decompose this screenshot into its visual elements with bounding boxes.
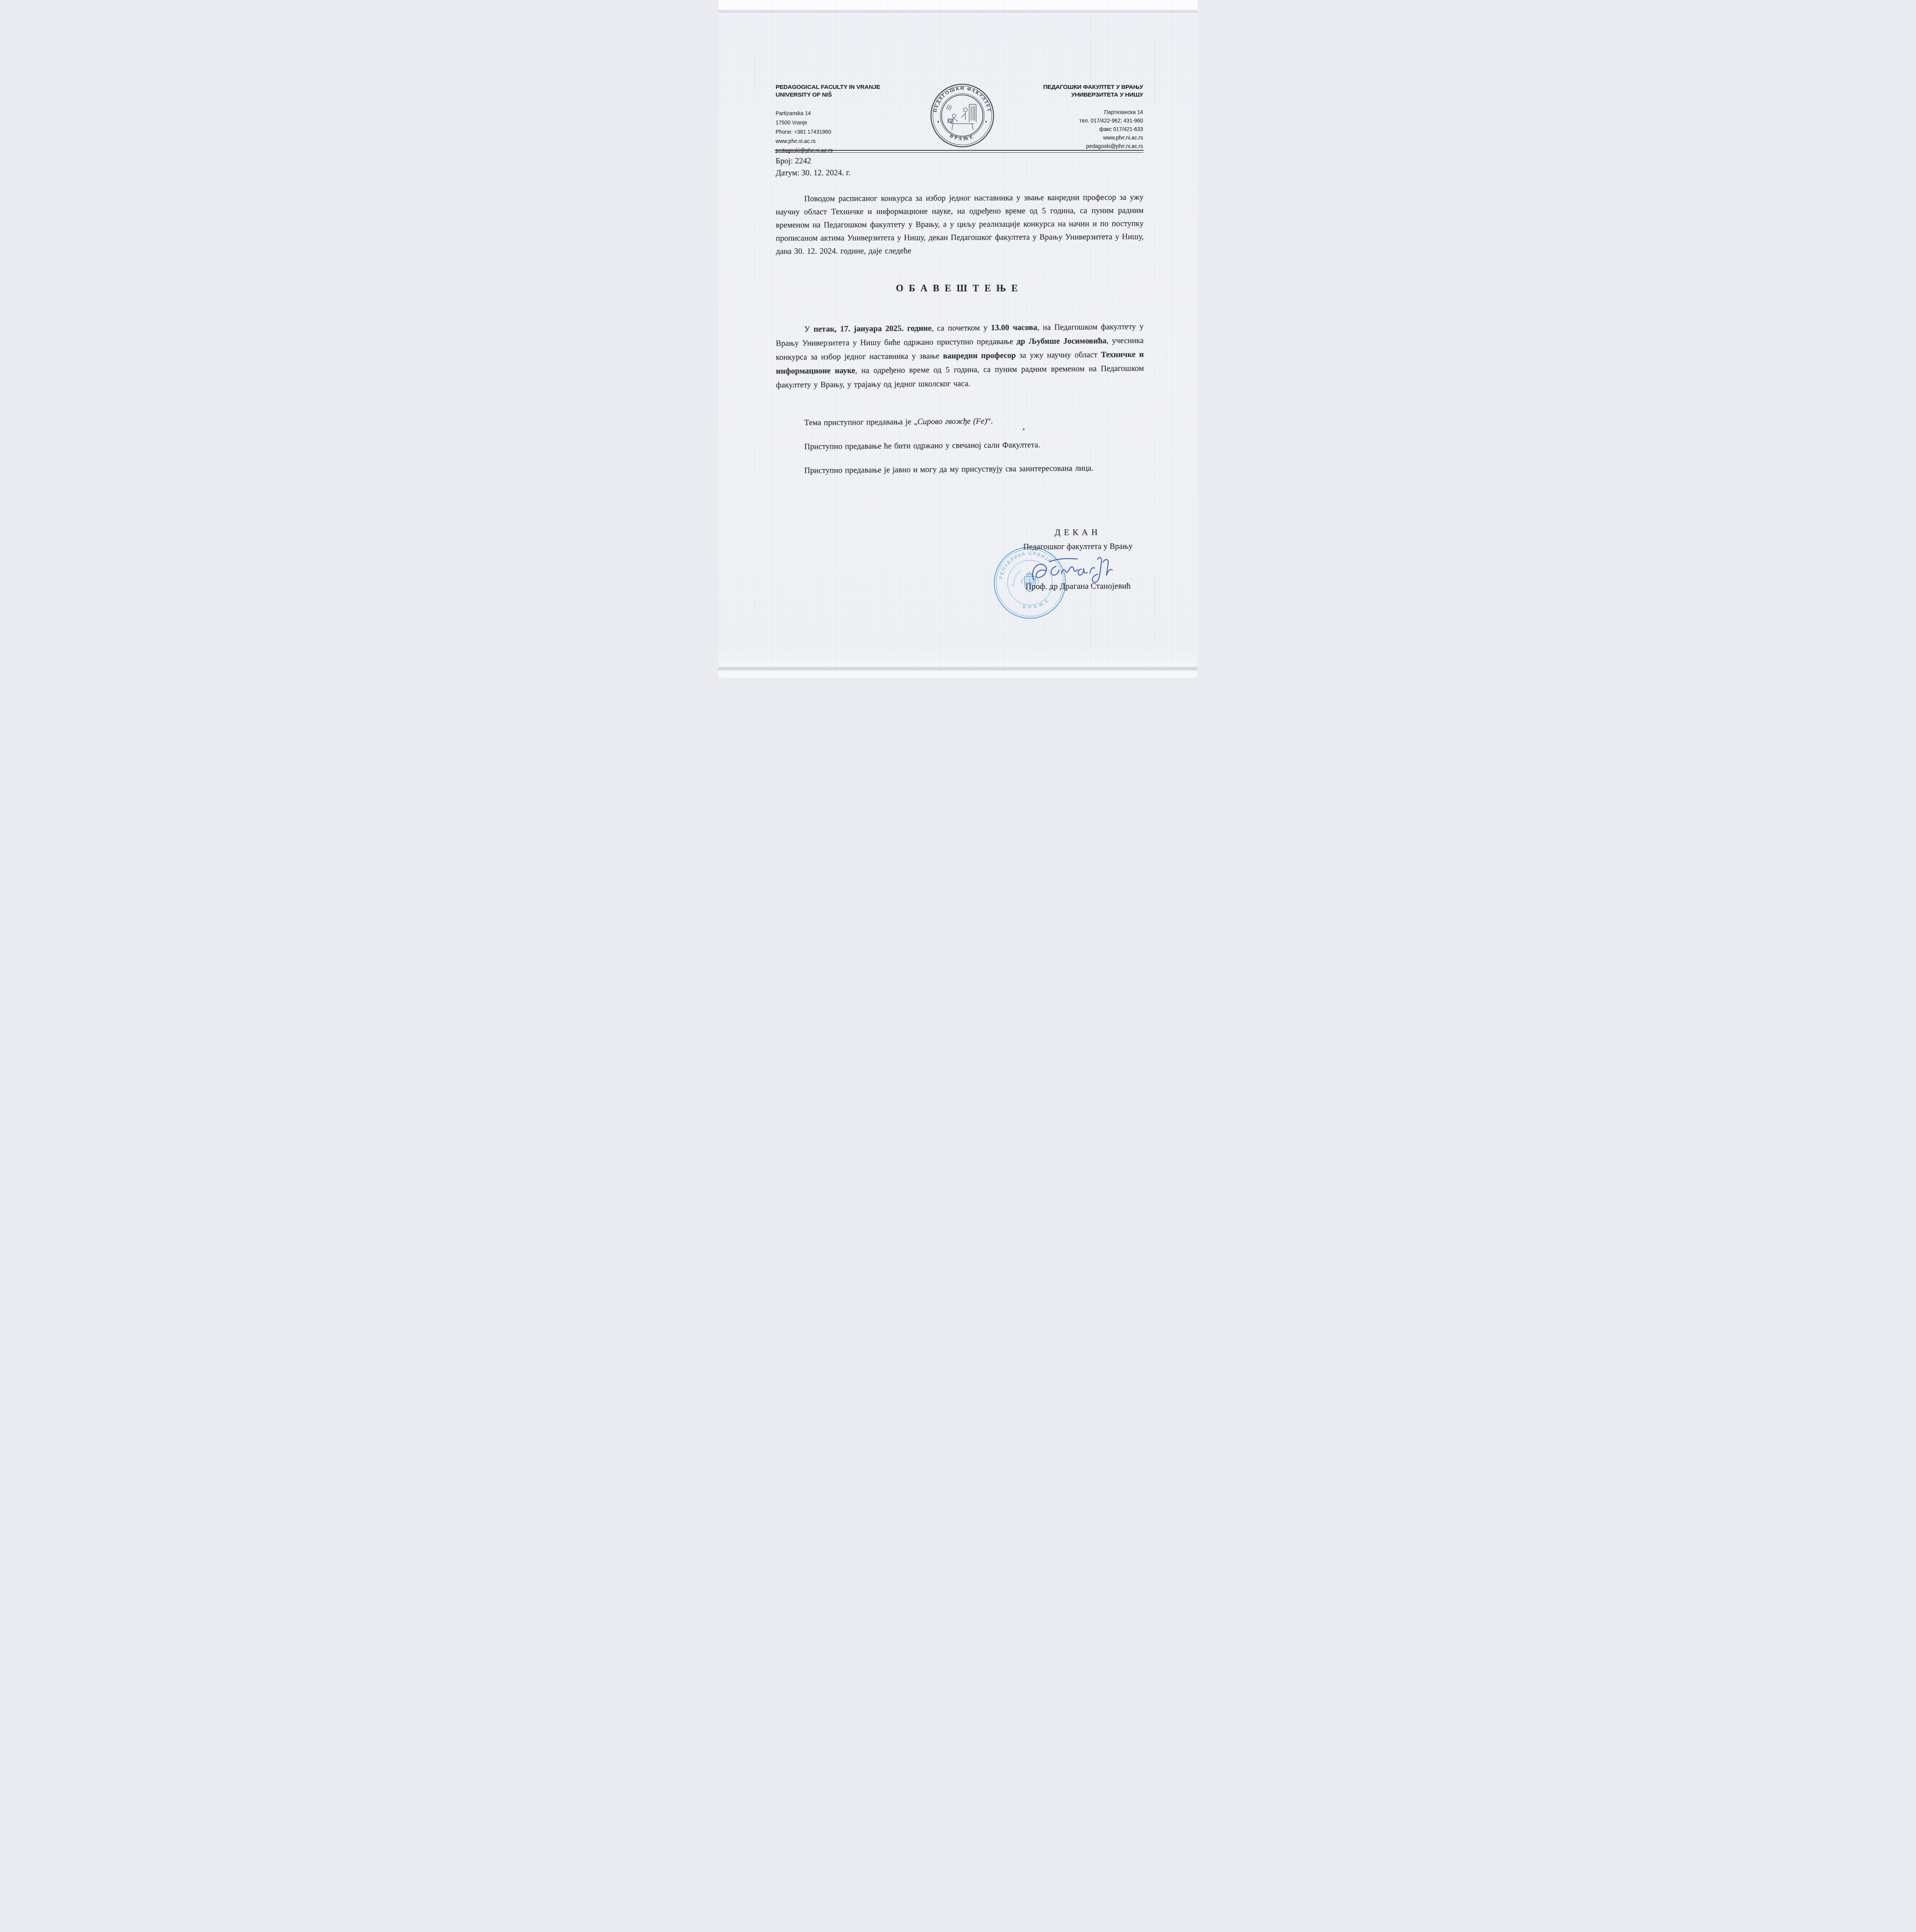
letterhead-divider (775, 150, 1143, 153)
address-line: www.pfvr.ni.ac.rs (1004, 134, 1143, 142)
org-address-sr: Партизанска 14 тел. 017/422-962; 431-960… (1004, 108, 1143, 151)
letterhead-left: PEDAGOGICAL FACULTY IN VRANJE UNIVERSITY… (776, 83, 907, 155)
paragraph-public: Приступно предавање је јавно и могу да м… (776, 461, 1143, 477)
address-line: www.pfvr.ni.ac.rs (776, 137, 907, 146)
address-line: Partizanska 14 (776, 109, 907, 118)
seal-dot-left (938, 121, 939, 122)
paragraph-theme: Тема приступног предавања је „Сирово гво… (776, 413, 1143, 429)
seal-arc-bottom-text: ВРАЊЕ (949, 133, 976, 141)
org-name-sr: ПЕДАГОШКИ ФАКУЛТЕТ У ВРАЊУ УНИВЕРЗИТЕТА … (1004, 83, 1143, 99)
paragraph-intro: Поводом расписаног конкурса за избор јед… (776, 190, 1144, 258)
document-number: Број: 2242 (776, 155, 851, 167)
seal-engraving (946, 104, 976, 130)
scan-noise-band-top (718, 10, 1198, 13)
svg-text:ВРАЊЕ: ВРАЊЕ (949, 133, 976, 141)
dean-name: Проф. др Драгана Станојевић (989, 581, 1167, 592)
letterhead-right: ПЕДАГОШКИ ФАКУЛТЕТ У ВРАЊУ УНИВЕРЗИТЕТА … (1004, 83, 1143, 151)
signature-block: ДЕКАН Педагошког факултета у Врању Проф.… (989, 527, 1167, 601)
org-name-en: PEDAGOGICAL FACULTY IN VRANJE UNIVERSITY… (776, 83, 907, 99)
dean-label: ДЕКАН (989, 527, 1167, 538)
address-line: факс 017/421-633 (1004, 125, 1143, 134)
address-line: Phone: +381 17431960 (776, 128, 907, 137)
scan-noise-band-bottom (718, 667, 1198, 670)
org-name-en-line2: UNIVERSITY OF NIŠ (776, 91, 907, 99)
document-meta: Број: 2242 Датум: 30. 12. 2024. г. (776, 155, 851, 179)
document-title: ОБАВЕШТЕЊЕ (776, 283, 1143, 294)
paragraph-hall: Приступно предавање ће бити одржано у св… (776, 437, 1143, 453)
paragraph-event: У петак, 17. јануара 2025. године, са по… (776, 320, 1144, 392)
org-name-en-line1: PEDAGOGICAL FACULTY IN VRANJE (776, 83, 907, 91)
org-name-sr-line1: ПЕДАГОШКИ ФАКУЛТЕТ У ВРАЊУ (1004, 83, 1143, 91)
address-line: 17500 Vranje (776, 118, 907, 128)
document-date: Датум: 30. 12. 2024. г. (776, 167, 851, 179)
seal-dot-right (985, 121, 987, 122)
address-line: тел. 017/422-962; 431-960 (1004, 117, 1143, 125)
address-line: Партизанска 14 (1004, 108, 1143, 117)
org-address-en: Partizanska 14 17500 Vranje Phone: +381 … (776, 109, 907, 155)
address-line: pedagoski@pfvr.ni.ac.rs (1004, 142, 1143, 151)
scanned-document-page: PEDAGOGICAL FACULTY IN VRANJE UNIVERSITY… (718, 0, 1198, 678)
faculty-seal: ПЕДАГОШКИ ФАКУЛТЕТ ВРАЊЕ (929, 82, 995, 149)
faculty-seal-icon: ПЕДАГОШКИ ФАКУЛТЕТ ВРАЊЕ (929, 82, 995, 149)
org-name-sr-line2: УНИВЕРЗИТЕТА У НИШУ (1004, 91, 1143, 99)
ink-speck (1023, 428, 1024, 430)
